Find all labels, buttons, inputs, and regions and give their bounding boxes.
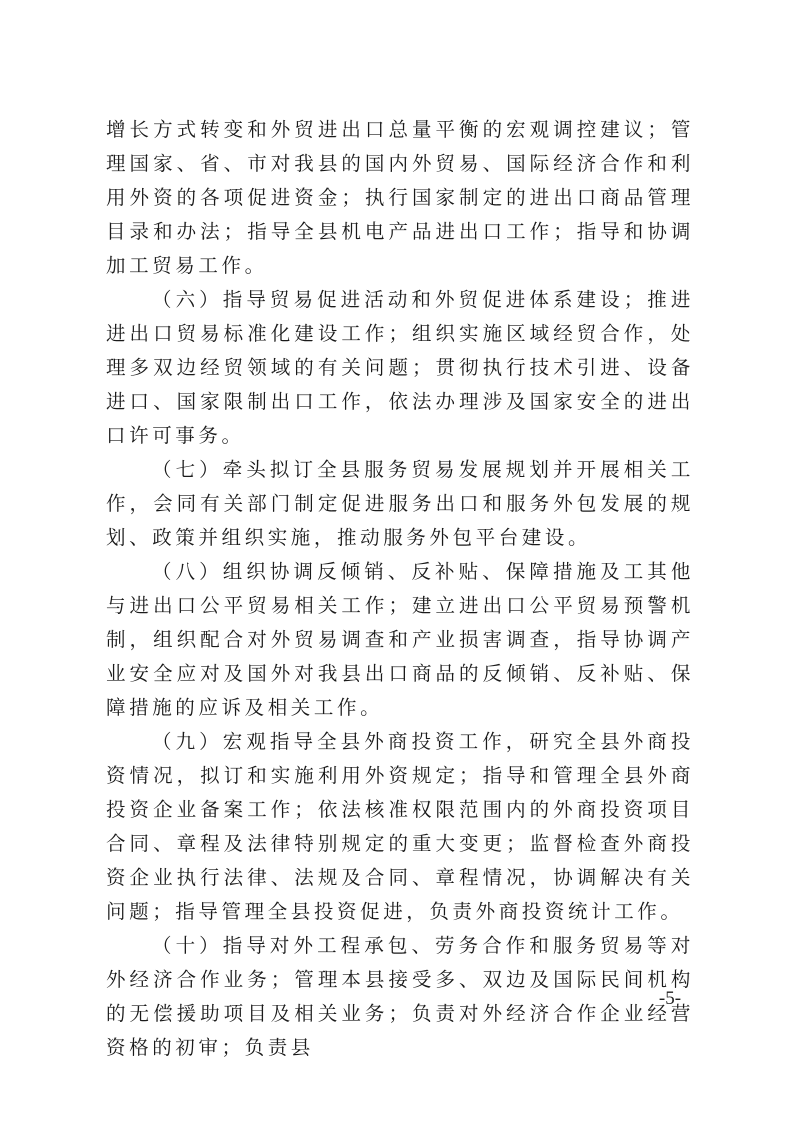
paragraph-item-9: （九）宏观指导全县外商投资工作，研究全县外商投资情况，拟订和实施利用外资规定；指…	[106, 725, 694, 929]
paragraph-item-7: （七）牵头拟订全县服务贸易发展规划并开展相关工作，会同有关部门制定促进服务出口和…	[106, 453, 694, 555]
paragraph-continued: 增长方式转变和外贸进出口总量平衡的宏观调控建议；管理国家、省、市对我县的国内外贸…	[106, 113, 694, 283]
document-page: 增长方式转变和外贸进出口总量平衡的宏观调控建议；管理国家、省、市对我县的国内外贸…	[106, 113, 694, 1065]
paragraph-item-6: （六）指导贸易促进活动和外贸促进体系建设；推进进出口贸易标准化建设工作；组织实施…	[106, 283, 694, 453]
paragraph-item-10: （十）指导对外工程承包、劳务合作和服务贸易等对外经济合作业务；管理本县接受多、双…	[106, 929, 694, 1065]
paragraph-item-8: （八）组织协调反倾销、反补贴、保障措施及工其他与进出口公平贸易相关工作；建立进出…	[106, 555, 694, 725]
page-number: -5-	[640, 988, 700, 1010]
